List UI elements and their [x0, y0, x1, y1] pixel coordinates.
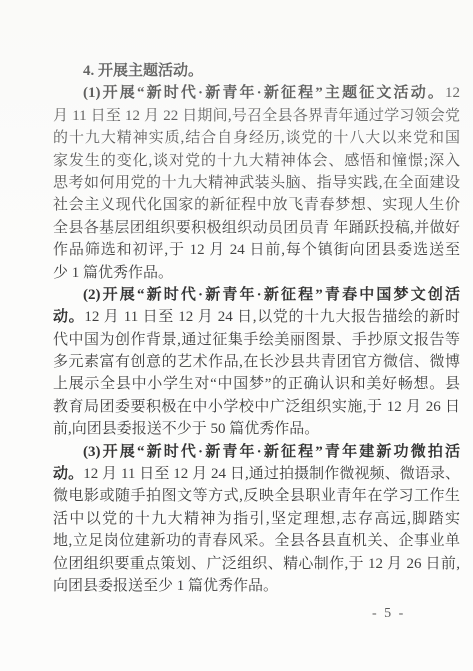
text-line: 地,立足岗位建新功的青春风采。全县各县直机关、企事业单: [53, 530, 460, 552]
text-line: 全县各基层团组织要积极组织动员团员青 年踊跃投稿,并做好: [53, 217, 460, 239]
text-segment: 全县各基层团组织要积极组织动员团员青 年踊跃投稿,并做好: [53, 220, 460, 236]
bold-text-segment: 动。: [53, 466, 83, 482]
text-segment: 教育局团委要积极在中小学校中广泛组织实施,于 12 月 26 日: [53, 399, 460, 415]
text-segment: 社会主义现代化国家的新征程中放飞青春梦想、实现人生价值。: [53, 197, 460, 216]
text-segment: 多元素富有创意的艺术作品,在长沙县共青团官方微信、微博: [53, 354, 460, 370]
text-segment: 地,立足岗位建新功的青春风采。全县各县直机关、企事业单: [53, 533, 460, 549]
text-line: 向团县委报送至少 1 篇优秀作品。: [53, 575, 460, 597]
text-line: 前,向团县委报送不少于 50 篇优秀作品。: [53, 418, 460, 440]
bold-text-segment: (3)开展“新时代·新青年·新征程”青年建新功微拍活: [83, 444, 460, 460]
page-number: - 5 -: [372, 606, 432, 622]
text-segment: 微电影或随手拍图文等方式,反映全县职业青年在学习工作生: [53, 488, 460, 504]
text-segment: 思考如何用党的十九大精神武装头脑、指导实践,在全面建设: [53, 175, 460, 191]
text-line: 月 11 日至 12 月 22 日期间,号召全县各界青年通过学习领会党: [53, 105, 460, 127]
text-line: 上展示全县中小学生对“中国梦”的正确认识和美好畅想。县: [53, 373, 460, 395]
text-segment: 12 月 11 日至 12 月 24 日,通过拍摄制作微视频、微语录、: [83, 466, 460, 482]
text-segment: 向团县委报送至少 1 篇优秀作品。: [53, 578, 278, 594]
text-line: 活中以党的十九大精神为指引,坚定理想,志存高远,脚踏实: [53, 508, 460, 530]
text-line: 少 1 篇优秀作品。: [53, 262, 460, 284]
text-line: (1)开展“新时代·新青年·新征程”主题征文活动。12: [53, 82, 460, 104]
text-line: 作品筛选和初评,于 12 月 24 日前,每个镇街向团县委选送至: [53, 239, 460, 261]
text-segment: 位团组织要重点策划、广泛组织、精心制作,于 12 月 26 日前,: [53, 556, 460, 572]
text-line: 多元素富有创意的艺术作品,在长沙县共青团官方微信、微博: [53, 351, 460, 373]
text-segment: 少 1 篇优秀作品。: [53, 265, 173, 281]
text-line: 思考如何用党的十九大精神武装头脑、指导实践,在全面建设: [53, 172, 460, 194]
text-line: 的十九大精神实质,结合自身经历,谈党的十八大以来党和国: [53, 127, 460, 149]
bold-text-segment: 动。: [53, 309, 84, 325]
text-segment: 月 11 日至 12 月 22 日期间,号召全县各界青年通过学习领会党: [53, 108, 460, 124]
text-segment: 12 月 11 日至 12 月 24 日,以党的十九大报告描绘的新时: [84, 309, 460, 325]
text-segment: 12: [445, 85, 460, 101]
text-line: 4. 开展主题活动。: [53, 60, 460, 82]
document-page: 4. 开展主题活动。(1)开展“新时代·新青年·新征程”主题征文活动。12月 1…: [0, 0, 473, 671]
text-line: (3)开展“新时代·新青年·新征程”青年建新功微拍活: [53, 441, 460, 463]
text-line: 教育局团委要积极在中小学校中广泛组织实施,于 12 月 26 日: [53, 396, 460, 418]
text-line: 微电影或随手拍图文等方式,反映全县职业青年在学习工作生: [53, 485, 460, 507]
document-body: 4. 开展主题活动。(1)开展“新时代·新青年·新征程”主题征文活动。12月 1…: [53, 60, 460, 597]
bold-text-segment: (2)开展“新时代·新青年·新征程”青春中国梦文创活: [83, 287, 460, 303]
bold-text-segment: 4. 开展主题活动。: [83, 63, 203, 79]
text-segment: 家发生的变化,谈对党的十九大精神体会、感悟和憧憬;深入: [53, 153, 460, 169]
text-segment: 代中国为创作背景,通过征集手绘美丽图景、手抄原文报告等: [53, 332, 460, 348]
text-line: 家发生的变化,谈对党的十九大精神体会、感悟和憧憬;深入: [53, 150, 460, 172]
text-segment: 上展示全县中小学生对“中国梦”的正确认识和美好畅想。县: [53, 376, 460, 392]
text-segment: 前,向团县委报送不少于 50 篇优秀作品。: [53, 421, 319, 437]
text-line: (2)开展“新时代·新青年·新征程”青春中国梦文创活: [53, 284, 460, 306]
text-line: 位团组织要重点策划、广泛组织、精心制作,于 12 月 26 日前,: [53, 553, 460, 575]
bold-text-segment: (1)开展“新时代·新青年·新征程”主题征文活动。: [83, 85, 445, 101]
text-line: 动。12 月 11 日至 12 月 24 日,以党的十九大报告描绘的新时: [53, 306, 460, 328]
text-segment: 的十九大精神实质,结合自身经历,谈党的十八大以来党和国: [53, 130, 460, 146]
text-line: 社会主义现代化国家的新征程中放飞青春梦想、实现人生价值。: [53, 194, 460, 216]
text-segment: 作品筛选和初评,于 12 月 24 日前,每个镇街向团县委选送至: [53, 242, 460, 258]
text-line: 代中国为创作背景,通过征集手绘美丽图景、手抄原文报告等: [53, 329, 460, 351]
text-segment: 活中以党的十九大精神为指引,坚定理想,志存高远,脚踏实: [53, 511, 460, 527]
text-line: 动。12 月 11 日至 12 月 24 日,通过拍摄制作微视频、微语录、: [53, 463, 460, 485]
